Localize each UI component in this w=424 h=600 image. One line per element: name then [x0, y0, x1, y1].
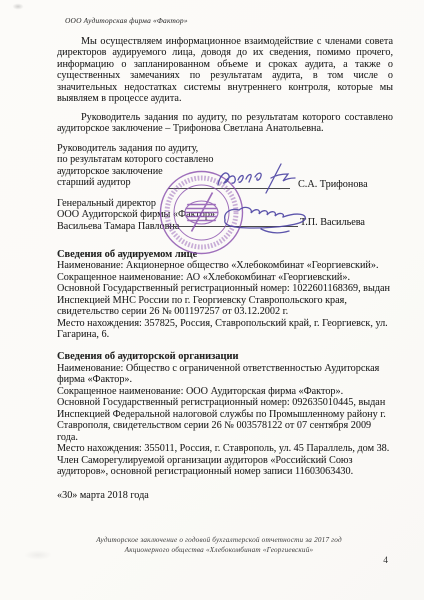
paragraph-engagement-leader: Руководитель задания по аудиту, по резул… [57, 112, 393, 135]
section-audit-organization: Сведения об аудиторской организации Наим… [57, 351, 393, 478]
section-line: Наименование: Акционерное общество «Хлеб… [57, 260, 393, 272]
section-audited-entity: Сведения об аудируемом лице Наименование… [57, 249, 393, 341]
handwritten-signature-vasileva [215, 200, 317, 234]
page-number: 4 [383, 556, 388, 566]
section-line: Место нахождения: 355011, Россия, г. Ста… [57, 443, 393, 455]
section-line: Место нахождения: 357825, Россия, Ставро… [57, 318, 393, 341]
scanned-audit-report-page: ООО Аудиторская фирма «Фактор» Мы осущес… [0, 0, 424, 600]
signature-role-line: Руководитель задания по аудиту, [57, 143, 393, 155]
section-line: Основной Государственный регистрационный… [57, 283, 393, 318]
section-line: Сокращенное наименование: АО «Хлебокомби… [57, 272, 393, 284]
section-line: Член Саморегулируемой организации аудито… [57, 455, 393, 478]
section-line: Сокращенное наименование: ООО Аудиторска… [57, 386, 393, 398]
section-title: Сведения об аудиторской организации [57, 351, 393, 363]
running-header: ООО Аудиторская фирма «Фактор» [65, 15, 393, 27]
signer-name-trifonova: С.А. Трифонова [298, 179, 368, 191]
footer-line: Аудиторское заключение о годовой бухгалт… [14, 535, 424, 545]
footer-line: Акционерного общества «Хлебокомбинат «Ге… [14, 545, 424, 555]
handwritten-signature-trifonova [215, 163, 307, 195]
scan-smudge-artifact [10, 2, 26, 11]
page-content: ООО Аудиторская фирма «Фактор» Мы осущес… [57, 15, 393, 511]
paragraph-communication: Мы осуществляем информационное взаимодей… [57, 36, 393, 105]
section-line: Основной Государственный регистрационный… [57, 397, 393, 443]
section-line: Наименование: Общество с ограниченной от… [57, 363, 393, 386]
signature-section: Руководитель задания по аудиту, по резул… [57, 143, 393, 239]
report-date: «30» марта 2018 года [57, 490, 393, 502]
page-footer: Аудиторское заключение о годовой бухгалт… [0, 535, 424, 555]
